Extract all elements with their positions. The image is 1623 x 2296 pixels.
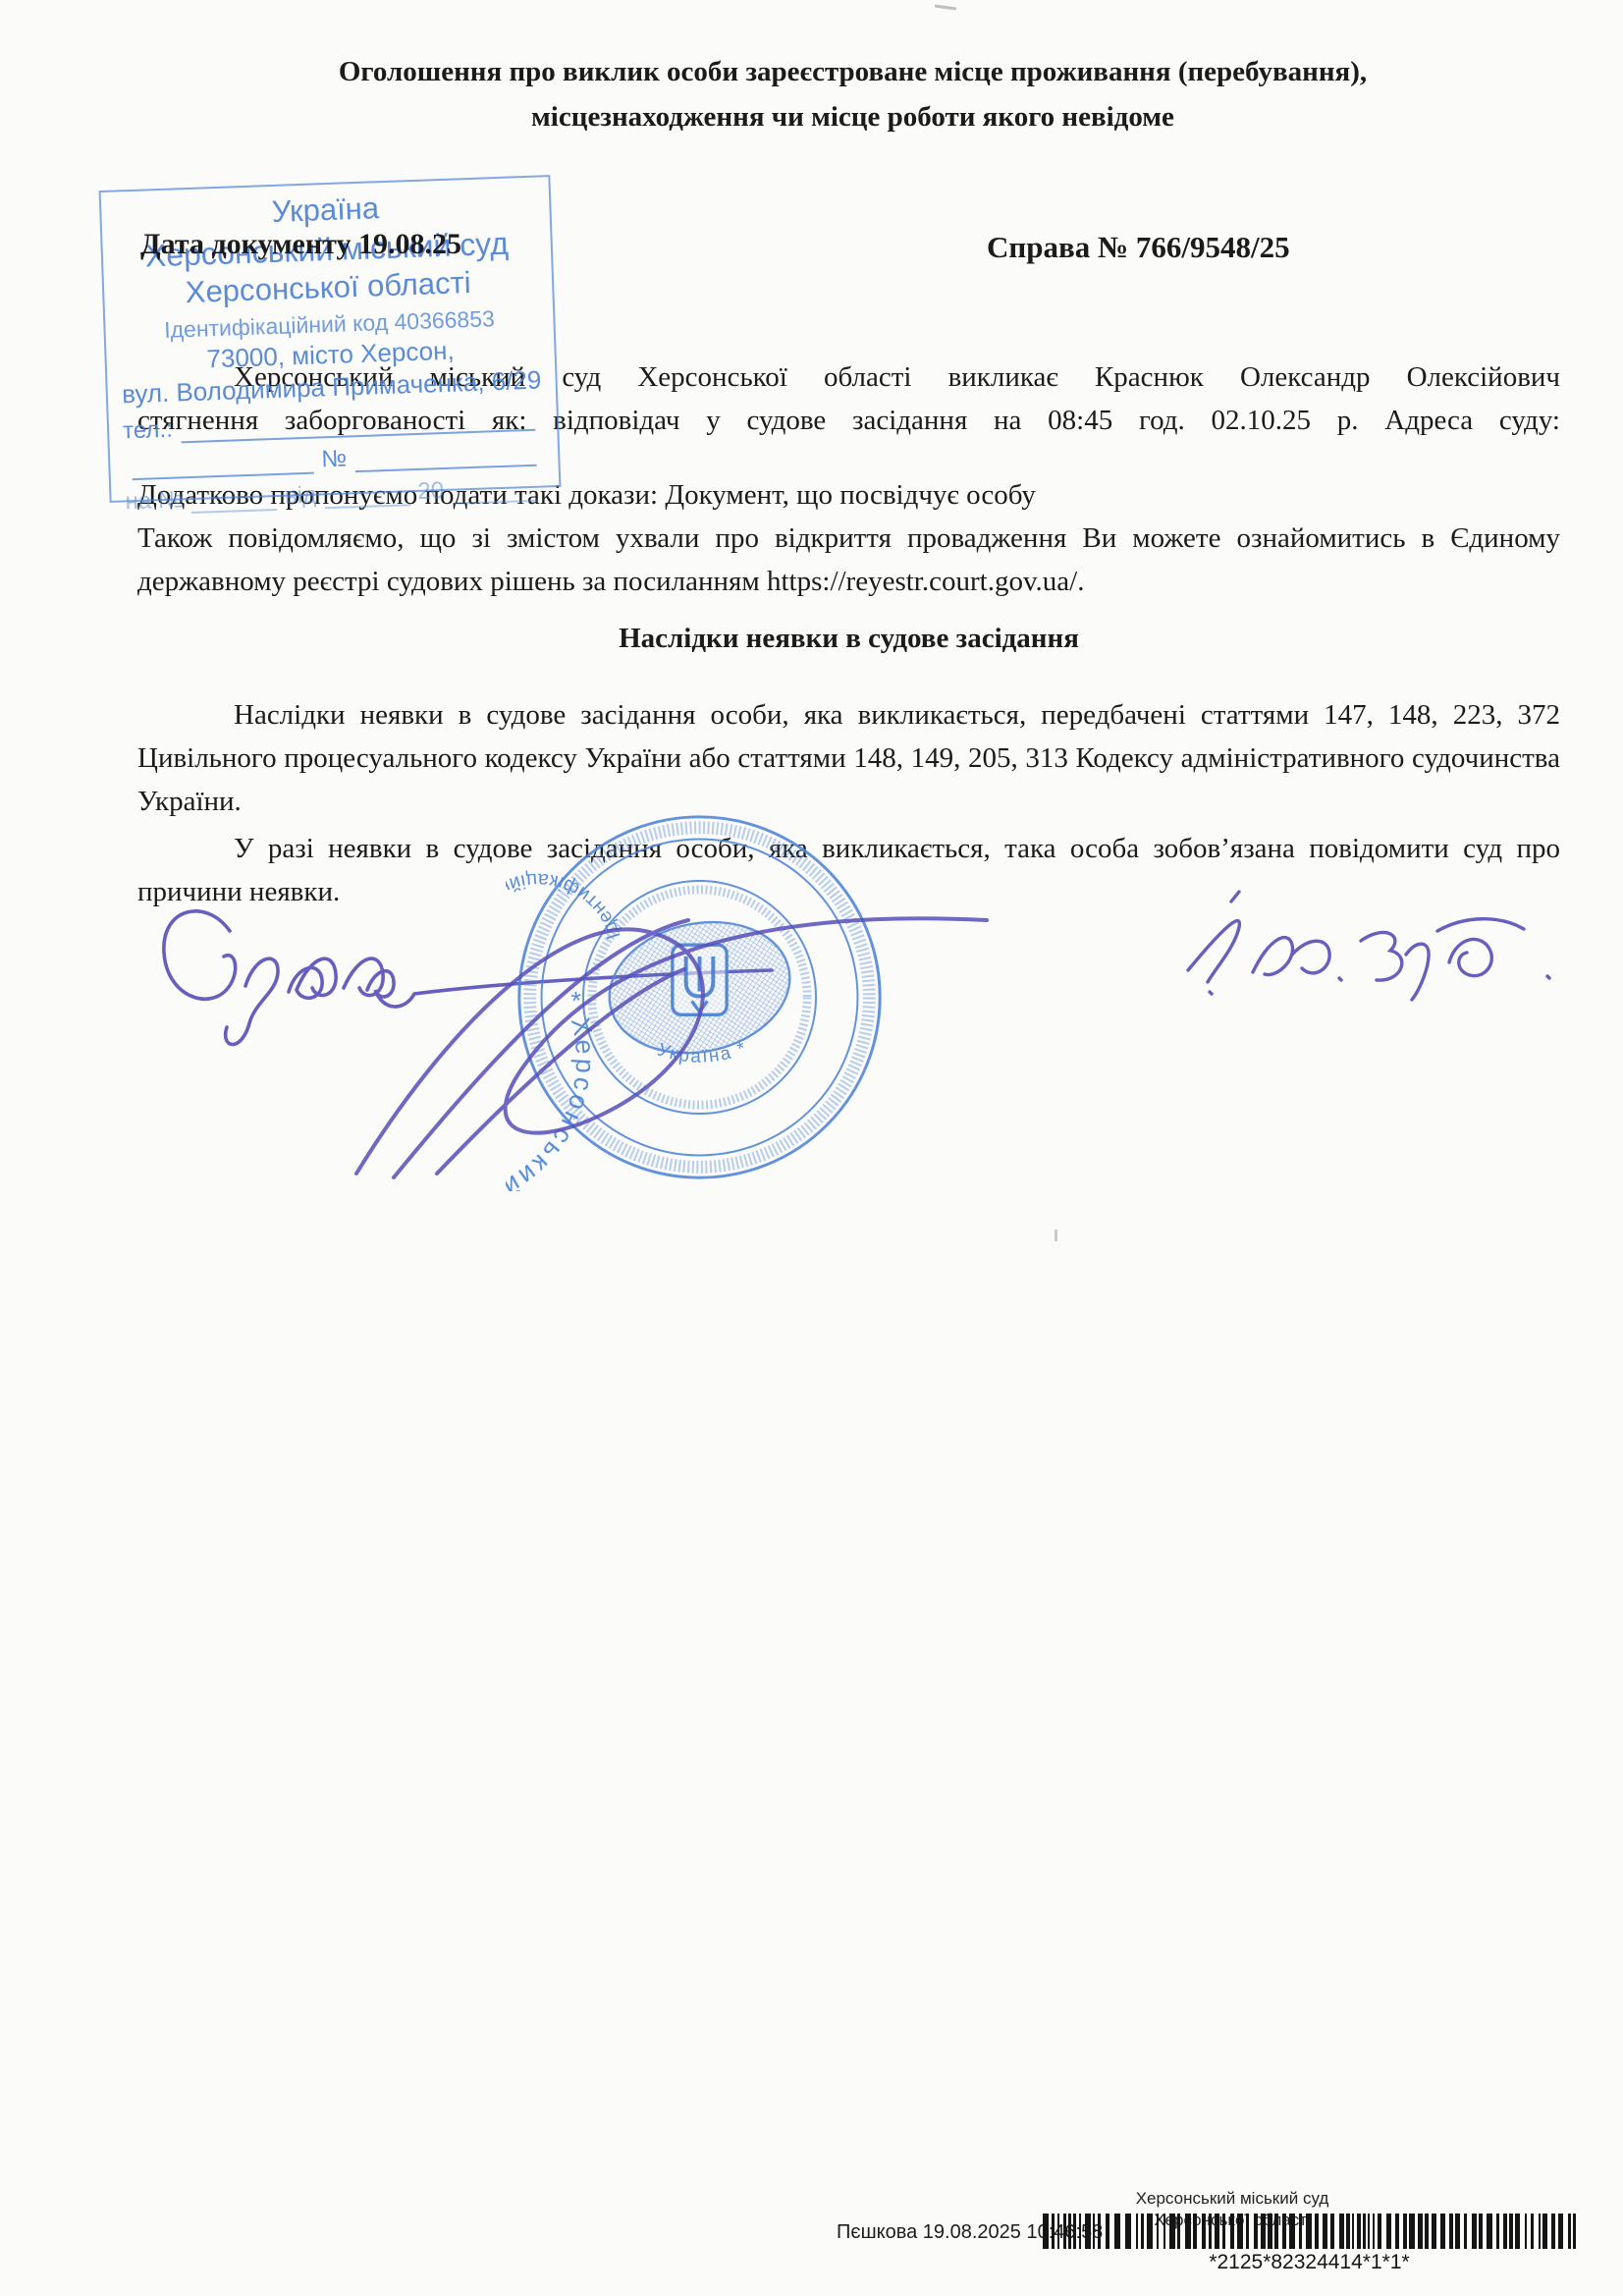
footer-court-line1: Херсонський міський суд <box>1001 2188 1463 2210</box>
stamp-tel-label: тел.: <box>123 416 174 446</box>
stamp-number-line1 <box>132 451 314 480</box>
document-title-line1: Оголошення про виклик особи зареєстрован… <box>147 49 1558 94</box>
document-title-line2: місцезнаходження чи місце роботи якого н… <box>147 94 1558 139</box>
right-signature: І.Ю.Зуб. <box>1159 872 1610 1010</box>
scan-artifact <box>935 4 956 10</box>
right-signature-strokes <box>1159 872 1610 1010</box>
stamp-ref-from-label: на № <box>125 486 184 516</box>
document-page: Оголошення про виклик особи зареєстрован… <box>0 0 1623 2296</box>
barcode-caption: *2125*82324414*1*1* <box>1043 2251 1576 2274</box>
stamp-tel-row: тел.: <box>109 403 558 446</box>
stamp-ref-line1 <box>190 487 277 514</box>
stamp-ref-year-label: 20 <box>417 477 445 506</box>
seal-signature-strokes <box>299 849 1046 1183</box>
stamp-number-row: № <box>110 438 559 481</box>
court-stamp: Україна Херсонський міський суд Херсонсь… <box>99 175 562 503</box>
consequences-heading: Наслідки неявки в судове засідання <box>137 623 1560 655</box>
stamp-ref-line3 <box>452 478 538 505</box>
registry-text: Також повідомляємо, що зі змістом ухвали… <box>137 517 1560 603</box>
barcode <box>1043 2214 1576 2249</box>
document-date: Дата документу 19.08.25 <box>140 228 461 261</box>
seal-signature <box>299 849 1046 1183</box>
stamp-number-line2 <box>354 443 537 472</box>
stamp-number-label: № <box>321 445 348 473</box>
stamp-ref-date-label: від <box>284 482 316 511</box>
document-title: Оголошення про виклик особи зареєстрован… <box>147 49 1558 139</box>
stamp-ref-line2 <box>324 482 410 509</box>
scan-artifact <box>1055 1230 1057 1241</box>
stamp-tel-line <box>180 408 535 444</box>
case-number: Справа № 766/9548/25 <box>987 230 1290 265</box>
